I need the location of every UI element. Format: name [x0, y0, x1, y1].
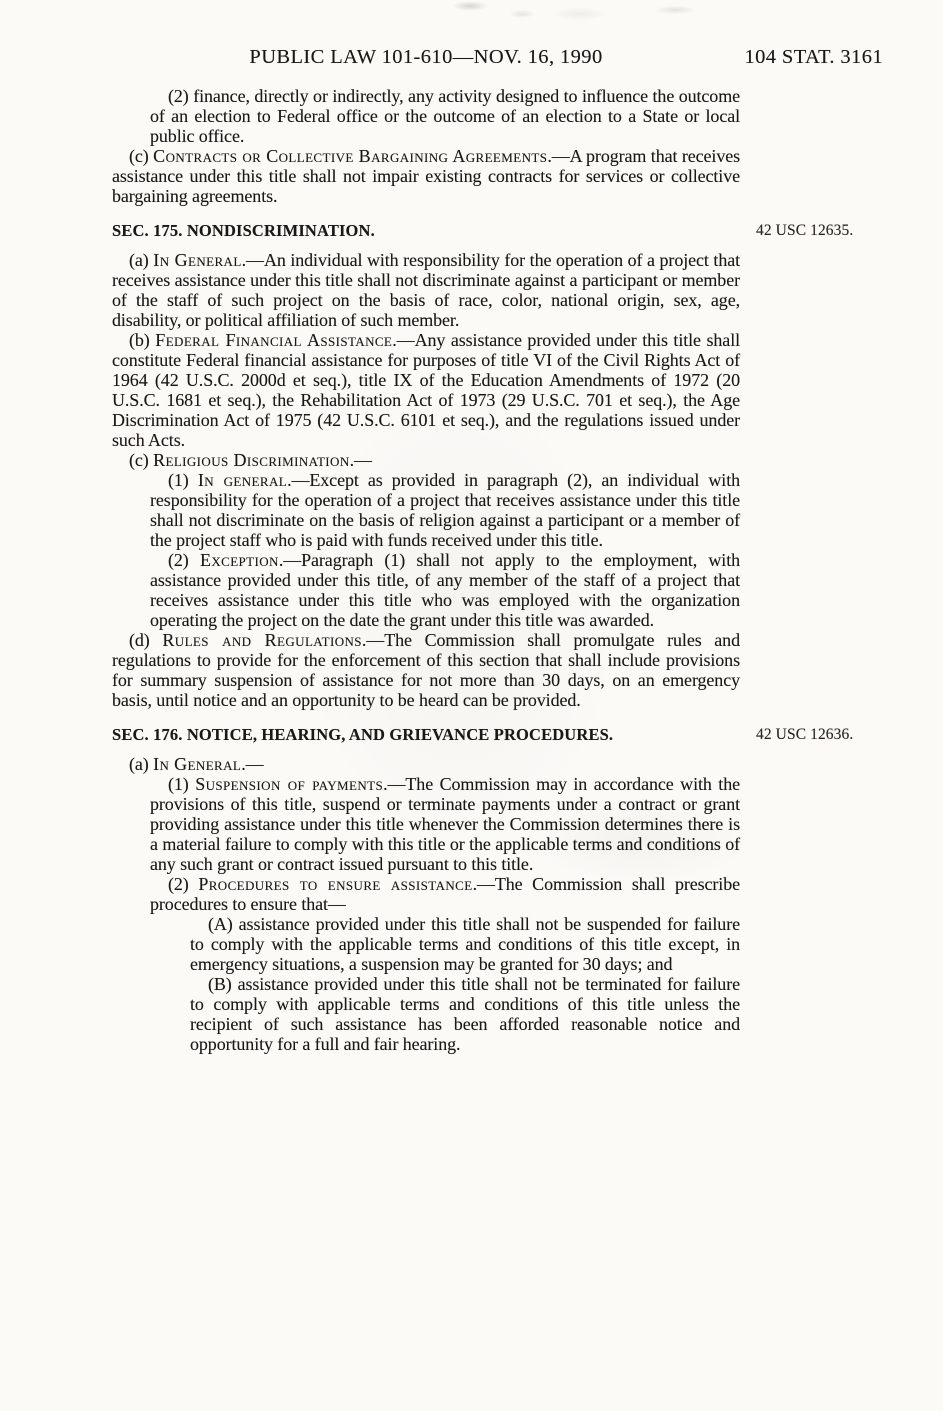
statute-paragraph: (2) Exception.—Paragraph (1) shall not a…	[150, 550, 740, 630]
small-caps-label: Contracts or Collective Bargaining Agree…	[153, 146, 547, 166]
paragraph-text: (1)	[168, 774, 195, 794]
statute-paragraph: (a) In General.—	[112, 754, 740, 774]
statute-paragraph: (1) In general.—Except as provided in pa…	[150, 470, 740, 550]
paragraph-text: (1)	[168, 470, 198, 490]
law-title: PUBLIC LAW 101-610—NOV. 16, 1990	[112, 46, 740, 69]
small-caps-label: In General	[153, 250, 241, 270]
statute-paragraph: (A) assistance provided under this title…	[190, 914, 740, 974]
paragraph-text: (a)	[129, 754, 153, 774]
statute-paragraph: (2) Procedures to ensure assistance.—The…	[150, 874, 740, 914]
small-caps-label: In general	[198, 470, 287, 490]
paragraph-text: (c)	[129, 450, 153, 470]
section-heading-row: SEC. 176. NOTICE, HEARING, AND GRIEVANCE…	[112, 724, 740, 745]
paragraph-text: .—	[350, 450, 372, 470]
paragraph-text: (b)	[129, 330, 155, 350]
small-caps-label: Federal Financial Assistance	[155, 330, 392, 350]
statute-paragraph: (b) Federal Financial Assistance.—Any as…	[112, 330, 740, 450]
stat-page-number: 104 STAT. 3161	[744, 46, 883, 69]
section-heading: SEC. 176. NOTICE, HEARING, AND GRIEVANCE…	[112, 725, 613, 744]
small-caps-label: Rules and Regulations	[162, 630, 362, 650]
statute-paragraph: (c) Religious Discrimination.—	[112, 450, 740, 470]
paragraph-text: (d)	[129, 630, 162, 650]
paragraph-text: (2) finance, directly or indirectly, any…	[150, 86, 740, 146]
statute-paragraph: (1) Suspension of payments.—The Commissi…	[150, 774, 740, 874]
usc-margin-note: 42 USC 12636.	[756, 726, 943, 744]
paragraph-text: .—	[241, 754, 263, 774]
small-caps-label: Religious Discrimination	[153, 450, 350, 470]
section-heading: SEC. 175. NONDISCRIMINATION.	[112, 221, 375, 240]
statute-paragraph: (d) Rules and Regulations.—The Commissio…	[112, 630, 740, 710]
statute-paragraph: (2) finance, directly or indirectly, any…	[150, 86, 740, 146]
usc-margin-note: 42 USC 12635.	[756, 222, 943, 240]
small-caps-label: Procedures to ensure assistance	[198, 874, 472, 894]
paragraph-text: (A) assistance provided under this title…	[190, 914, 740, 974]
paragraph-text: (2)	[168, 550, 200, 570]
small-caps-label: Suspension of payments	[195, 774, 383, 794]
small-caps-label: Exception	[200, 550, 279, 570]
statute-body: (2) finance, directly or indirectly, any…	[112, 86, 740, 1054]
statute-paragraph: (B) assistance provided under this title…	[190, 974, 740, 1054]
paragraph-text: (a)	[129, 250, 153, 270]
statute-paragraph: (a) In General.—An individual with respo…	[112, 250, 740, 330]
statute-paragraph: (c) Contracts or Collective Bargaining A…	[112, 146, 740, 206]
paragraph-text: (B) assistance provided under this title…	[190, 974, 740, 1054]
statute-page: PUBLIC LAW 101-610—NOV. 16, 1990 104 STA…	[0, 0, 943, 1411]
paragraph-text: (c)	[129, 146, 153, 166]
small-caps-label: In General	[153, 754, 241, 774]
section-heading-row: SEC. 175. NONDISCRIMINATION.42 USC 12635…	[112, 220, 740, 241]
paragraph-text: (2)	[168, 874, 198, 894]
